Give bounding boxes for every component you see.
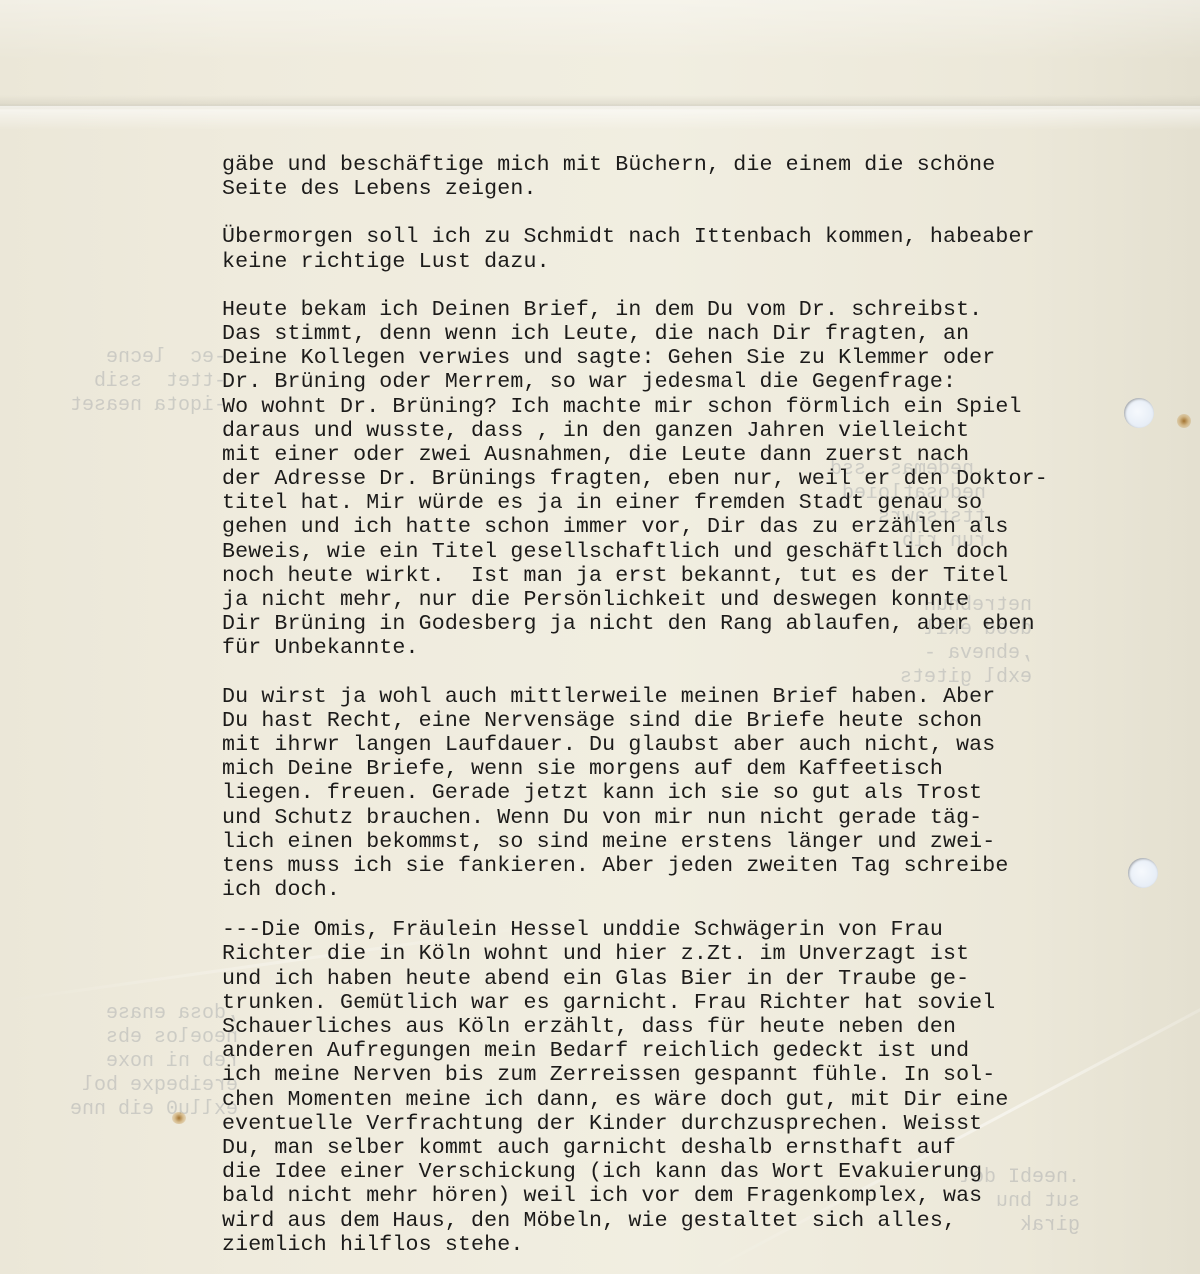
text-line: anderen Aufregungen mein Bedarf reichlic… [222,1039,1162,1063]
text-line: trunken. Gemütlich war es garnicht. Frau… [222,991,1162,1015]
text-line: ich doch. [222,878,1162,902]
text-line: noch heute wirkt. Ist man ja erst bekann… [222,564,1162,588]
text-line: Beweis, wie ein Titel gesellschaftlich u… [222,540,1162,564]
show-through-text: -ec lecne -ttet ssib -iqota neaset [70,346,226,418]
text-line: liegen. freuen. Gerade jetzt kann ich si… [222,781,1162,805]
text-line: gehen und ich hatte schon immer vor, Dir… [222,515,1162,539]
text-line: Deine Kollegen verwies und sagte: Gehen … [222,346,1162,370]
letter-body: gäbe und beschäftige mich mit Büchern, d… [222,153,1162,1257]
paragraph-5: ---Die Omis, Fräulein Hessel unddie Schw… [222,918,1162,1257]
text-line: Übermorgen soll ich zu Schmidt nach Itte… [222,225,1162,249]
text-line: Wo wohnt Dr. Brüning? Ich machte mir sch… [222,395,1162,419]
text-line: Dr. Brüning oder Merrem, so war jedesmal… [222,370,1162,394]
text-line: tens muss ich sie fankieren. Aber jeden … [222,854,1162,878]
show-through-text: ,dosa enase neoelos ebs reb ni noxe erei… [70,1002,238,1122]
text-line: Richter die in Köln wohnt und hier z.Zt.… [222,942,1162,966]
text-line: ziemlich hilflos stehe. [222,1233,1162,1257]
text-line: Das stimmt, denn wenn ich Leute, die nac… [222,322,1162,346]
text-line: bald nicht mehr hören) weil ich vor dem … [222,1184,1162,1208]
text-line: und ich haben heute abend ein Glas Bier … [222,967,1162,991]
text-line: Dir Brüning in Godesberg ja nicht den Ra… [222,612,1162,636]
rust-stain [1177,414,1191,428]
text-line: ja nicht mehr, nur die Persönlichkeit un… [222,588,1162,612]
paragraph-3: Heute bekam ich Deinen Brief, in dem Du … [222,298,1162,661]
text-line: wird aus dem Haus, den Möbeln, wie gesta… [222,1209,1162,1233]
text-line: Du wirst ja wohl auch mittlerweile meine… [222,685,1162,709]
text-line: Du, man selber kommt auch garnicht desha… [222,1136,1162,1160]
text-line: gäbe und beschäftige mich mit Büchern, d… [222,153,1162,177]
paper-fold [0,104,1200,108]
text-line: ---Die Omis, Fräulein Hessel unddie Schw… [222,918,1162,942]
paragraph-1: gäbe und beschäftige mich mit Büchern, d… [222,153,1162,201]
text-line: Heute bekam ich Deinen Brief, in dem Du … [222,298,1162,322]
text-line: keine richtige Lust dazu. [222,250,1162,274]
text-line: Schauerliches aus Köln erzählt, dass für… [222,1015,1162,1039]
paragraph-4: Du wirst ja wohl auch mittlerweile meine… [222,685,1162,903]
text-line: chen Momenten meine ich dann, es wäre do… [222,1088,1162,1112]
text-line: Seite des Lebens zeigen. [222,177,1162,201]
text-line: Du hast Recht, eine Nervensäge sind die … [222,709,1162,733]
text-line: mich Deine Briefe, wenn sie morgens auf … [222,757,1162,781]
text-line: daraus und wusste, dass , in den ganzen … [222,419,1162,443]
letter-page: -ec lecne -ttet ssib -iqota neaset .nede… [0,0,1200,1274]
paragraph-2: Übermorgen soll ich zu Schmidt nach Itte… [222,225,1162,273]
rust-stain [172,1112,186,1124]
text-line: lich einen bekommst, so sind meine erste… [222,830,1162,854]
text-line: die Idee einer Verschickung (ich kann da… [222,1160,1162,1184]
text-line: mit einer oder zwei Ausnahmen, die Leute… [222,443,1162,467]
text-line: für Unbekannte. [222,636,1162,660]
text-line: titel hat. Mir würde es ja in einer frem… [222,491,1162,515]
text-line: und Schutz brauchen. Wenn Du von mir nun… [222,806,1162,830]
text-line: ich meine Nerven bis zum Zerreissen gesp… [222,1063,1162,1087]
text-line: der Adresse Dr. Brünings fragten, eben n… [222,467,1162,491]
text-line: mit ihrwr langen Laufdauer. Du glaubst a… [222,733,1162,757]
text-line: eventuelle Verfrachtung der Kinder durch… [222,1112,1162,1136]
